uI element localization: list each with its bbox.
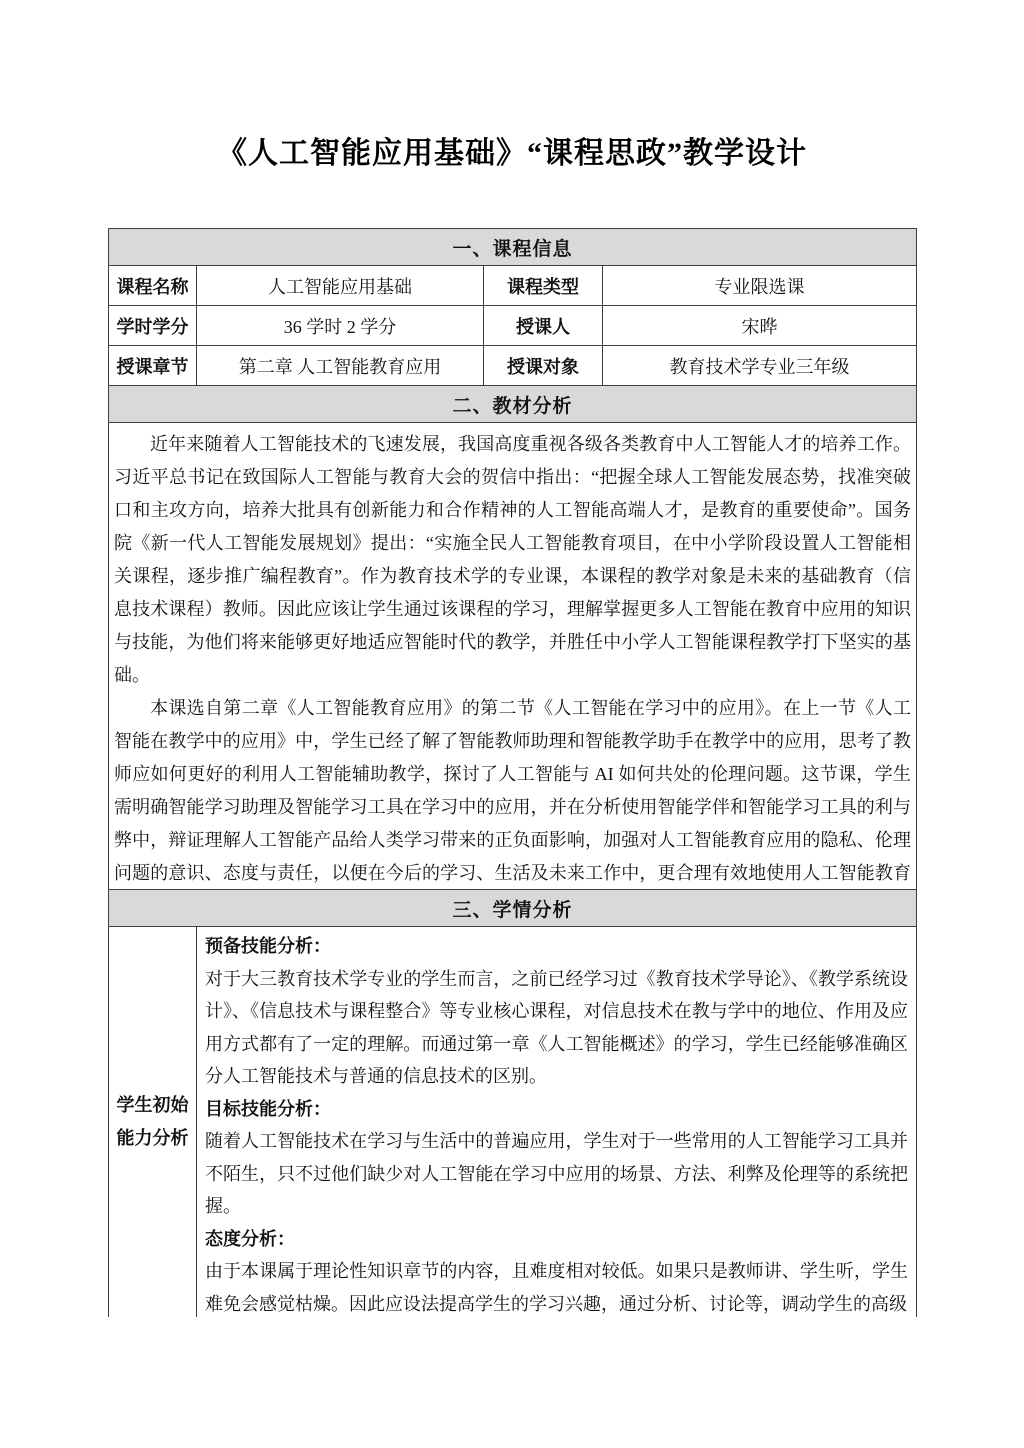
learner-analysis-content: 预备技能分析： 对于大三教育技术学专业的学生而言，之前已经学习过《教育技术学导论… xyxy=(196,927,916,1317)
material-analysis-paragraph-2: 本课选自第二章《人工智能教育应用》的第二节《人工智能在学习中的应用》。在上一节《… xyxy=(114,692,911,889)
section-header-material-analysis: 二、教材分析 xyxy=(109,385,916,422)
table-row-course-name-type: 课程名称 人工智能应用基础 课程类型 专业限选课 xyxy=(109,265,916,305)
row-label-student-initial-ability: 学生初始 能力分析 xyxy=(109,927,196,1317)
field-value-course-type: 专业限选课 xyxy=(602,266,916,305)
field-label-course-type: 课程类型 xyxy=(483,266,602,305)
field-value-chapter: 第二章 人工智能教育应用 xyxy=(196,346,483,385)
field-label-instructor: 授课人 xyxy=(483,306,602,345)
row-label-line-2: 能力分析 xyxy=(117,1122,189,1155)
prerequisite-skills-heading: 预备技能分析： xyxy=(205,930,908,963)
teaching-design-table: 一、课程信息 课程名称 人工智能应用基础 课程类型 专业限选课 学时学分 36 … xyxy=(108,228,917,1317)
document-title: 《人工智能应用基础》“课程思政”教学设计 xyxy=(0,128,1024,172)
document-page: 《人工智能应用基础》“课程思政”教学设计 一、课程信息 课程名称 人工智能应用基… xyxy=(0,0,1024,1448)
field-value-audience: 教育技术学专业三年级 xyxy=(602,346,916,385)
target-skills-heading: 目标技能分析： xyxy=(205,1093,908,1126)
material-analysis-paragraph-1: 近年来随着人工智能技术的飞速发展，我国高度重视各级各类教育中人工智能人才的培养工… xyxy=(114,428,911,692)
field-label-hours-credits: 学时学分 xyxy=(109,306,196,345)
target-skills-text: 随着人工智能技术在学习与生活中的普遍应用，学生对于一些常用的人工智能学习工具并不… xyxy=(205,1125,908,1223)
field-label-audience: 授课对象 xyxy=(483,346,602,385)
field-value-instructor: 宋晔 xyxy=(602,306,916,345)
attitude-analysis-text: 由于本课属于理论性知识章节的内容，且难度相对较低。如果只是教师讲、学生听，学生难… xyxy=(205,1255,908,1317)
material-analysis-content: 近年来随着人工智能技术的飞速发展，我国高度重视各级各类教育中人工智能人才的培养工… xyxy=(109,422,916,889)
table-row-chapter-audience: 授课章节 第二章 人工智能教育应用 授课对象 教育技术学专业三年级 xyxy=(109,345,916,385)
attitude-analysis-heading: 态度分析： xyxy=(205,1223,908,1256)
field-label-course-name: 课程名称 xyxy=(109,266,196,305)
prerequisite-skills-text: 对于大三教育技术学专业的学生而言，之前已经学习过《教育技术学导论》、《教学系统设… xyxy=(205,963,908,1093)
table-row-hours-instructor: 学时学分 36 学时 2 学分 授课人 宋晔 xyxy=(109,305,916,345)
field-value-course-name: 人工智能应用基础 xyxy=(196,266,483,305)
learner-analysis-row: 学生初始 能力分析 预备技能分析： 对于大三教育技术学专业的学生而言，之前已经学… xyxy=(109,926,916,1317)
row-label-line-1: 学生初始 xyxy=(117,1089,189,1122)
field-value-hours-credits: 36 学时 2 学分 xyxy=(196,306,483,345)
section-header-learner-analysis: 三、学情分析 xyxy=(109,889,916,926)
section-header-course-info: 一、课程信息 xyxy=(109,229,916,265)
field-label-chapter: 授课章节 xyxy=(109,346,196,385)
